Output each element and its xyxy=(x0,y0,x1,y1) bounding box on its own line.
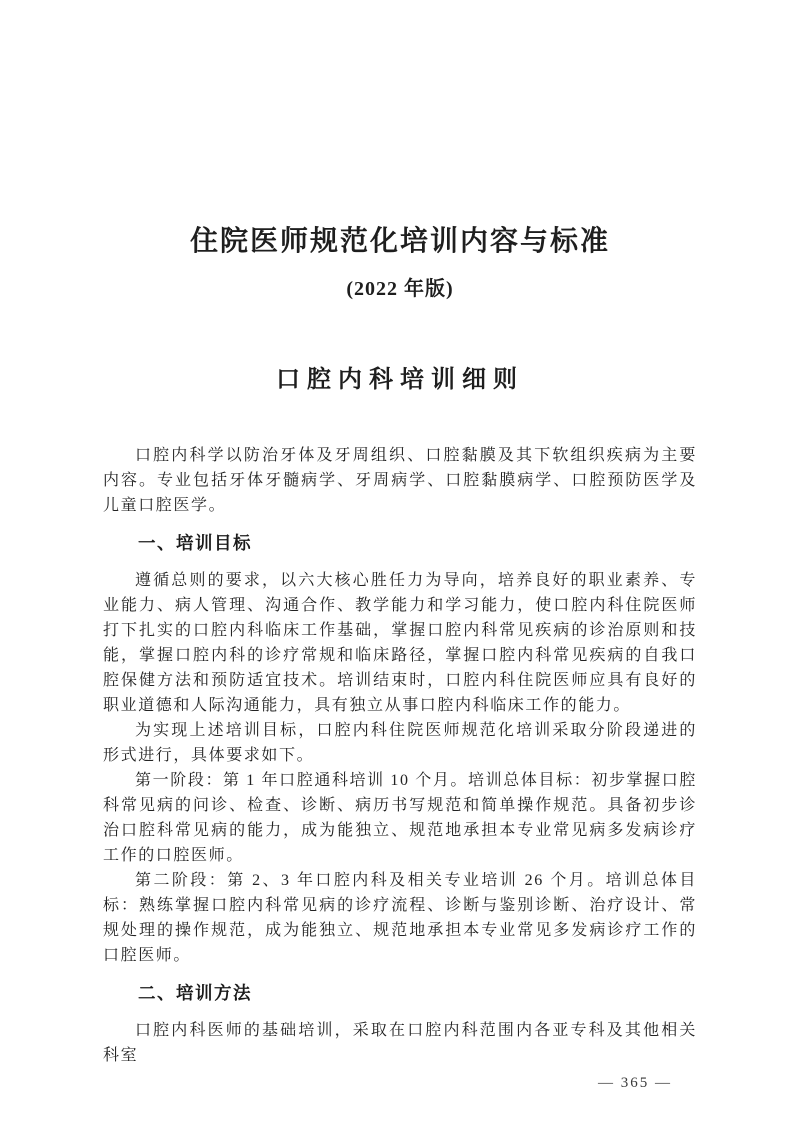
intro-paragraph: 口腔内科学以防治牙体及牙周组织、口腔黏膜及其下软组织疾病为主要内容。专业包括牙体… xyxy=(103,443,697,518)
document-content: 住院医师规范化培训内容与标准 (2022 年版) 口腔内科培训细则 口腔内科学以… xyxy=(103,0,697,1092)
page-number: — 365 — xyxy=(103,1075,697,1092)
document-edition: (2022 年版) xyxy=(103,277,697,301)
paragraph-stage-two: 第二阶段：第 2、3 年口腔内科及相关专业培训 26 个月。培训总体目标：熟练掌… xyxy=(103,868,697,968)
heading-training-goals: 一、培训目标 xyxy=(103,529,697,557)
section-title: 口腔内科培训细则 xyxy=(103,365,697,395)
paragraph-goals-overview: 遵循总则的要求，以六大核心胜任力为导向，培养良好的职业素养、专业能力、病人管理、… xyxy=(103,568,697,718)
paragraph-methods-first-line: 口腔内科医师的基础培训，采取在口腔内科范围内各亚专科及其他相关科室 xyxy=(103,1018,697,1068)
heading-training-methods: 二、培训方法 xyxy=(103,979,697,1007)
paragraph-goals-stages-intro: 为实现上述培训目标，口腔内科住院医师规范化培训采取分阶段递进的形式进行，具体要求… xyxy=(103,718,697,768)
paragraph-stage-one: 第一阶段：第 1 年口腔通科培训 10 个月。培训总体目标：初步掌握口腔科常见病… xyxy=(103,768,697,868)
document-page: 住院医师规范化培训内容与标准 (2022 年版) 口腔内科培训细则 口腔内科学以… xyxy=(0,0,800,1131)
document-title: 住院医师规范化培训内容与标准 xyxy=(103,226,697,258)
